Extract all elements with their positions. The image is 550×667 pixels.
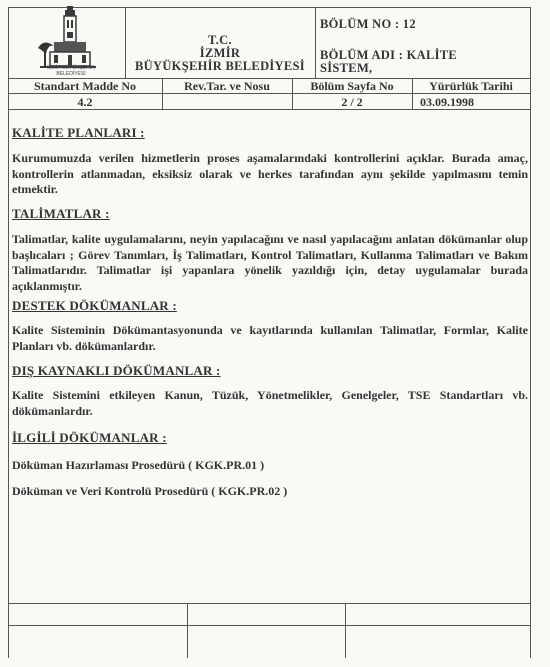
section-heading-instructions: TALİMATLAR : [12,206,110,222]
related-doc-item: Döküman ve Veri Kontrolü Prosedürü ( KGK… [12,484,287,499]
logo-caption: İZMİR BÜYÜKŞEHİR BELEDİYESİ [28,65,114,77]
info-header-page: Bölüm Sayfa No [292,79,412,93]
info-value-standard: 4.2 [8,95,162,109]
footer-right-border [530,599,531,658]
section-name: BÖLÜM ADI : KALİTE SİSTEM, [320,49,457,75]
info-header-revision: Rev.Tar. ve Nosu [162,79,292,93]
info-table-bottom-border [8,109,530,110]
header-divider [315,7,316,78]
section-body-external-docs: Kalite Sistemini etkileyen Kanun, Tüzük,… [12,388,528,419]
section-body-quality-plans: Kurumumuzda verilen hizmetlerin proses a… [12,151,528,198]
section-heading-quality-plans: KALİTE PLANLARI : [12,125,145,141]
footer-col-divider [345,603,346,658]
footer-top-border [8,603,530,604]
footer-row-divider [8,625,530,626]
section-heading-support-docs: DESTEK DÖKÜMANLAR : [12,298,177,314]
info-table-row-divider [8,93,530,94]
section-name-line: SİSTEM, [320,62,457,75]
footer-col-divider [187,603,188,658]
related-doc-item: Döküman Hazırlaması Prosedürü ( KGK.PR.0… [12,458,264,473]
logo-caption-line: BELEDİYESİ [28,71,114,77]
section-heading-related-docs: İLGİLİ DÖKÜMANLAR : [12,430,167,446]
info-value-page: 2 / 2 [292,95,412,109]
institution-title: T.C. İZMİR BÜYÜKŞEHİR BELEDİYESİ [126,34,314,73]
info-header-date: Yürürlük Tarihi [412,79,530,93]
title-line: BÜYÜKŞEHİR BELEDİYESİ [126,60,314,73]
section-body-support-docs: Kalite Sisteminin Dökümantasyonunda ve k… [12,323,528,354]
info-value-date: 03.09.1998 [412,95,538,109]
info-header-standard: Standart Madde No [8,79,162,93]
section-number: BÖLÜM NO : 12 [320,18,416,31]
footer-left-border [8,599,9,658]
section-body-instructions: Talimatlar, kalite uygulamalarını, neyin… [12,232,528,294]
section-heading-external-docs: DIŞ KAYNAKLI DÖKÜMANLAR : [12,363,221,379]
